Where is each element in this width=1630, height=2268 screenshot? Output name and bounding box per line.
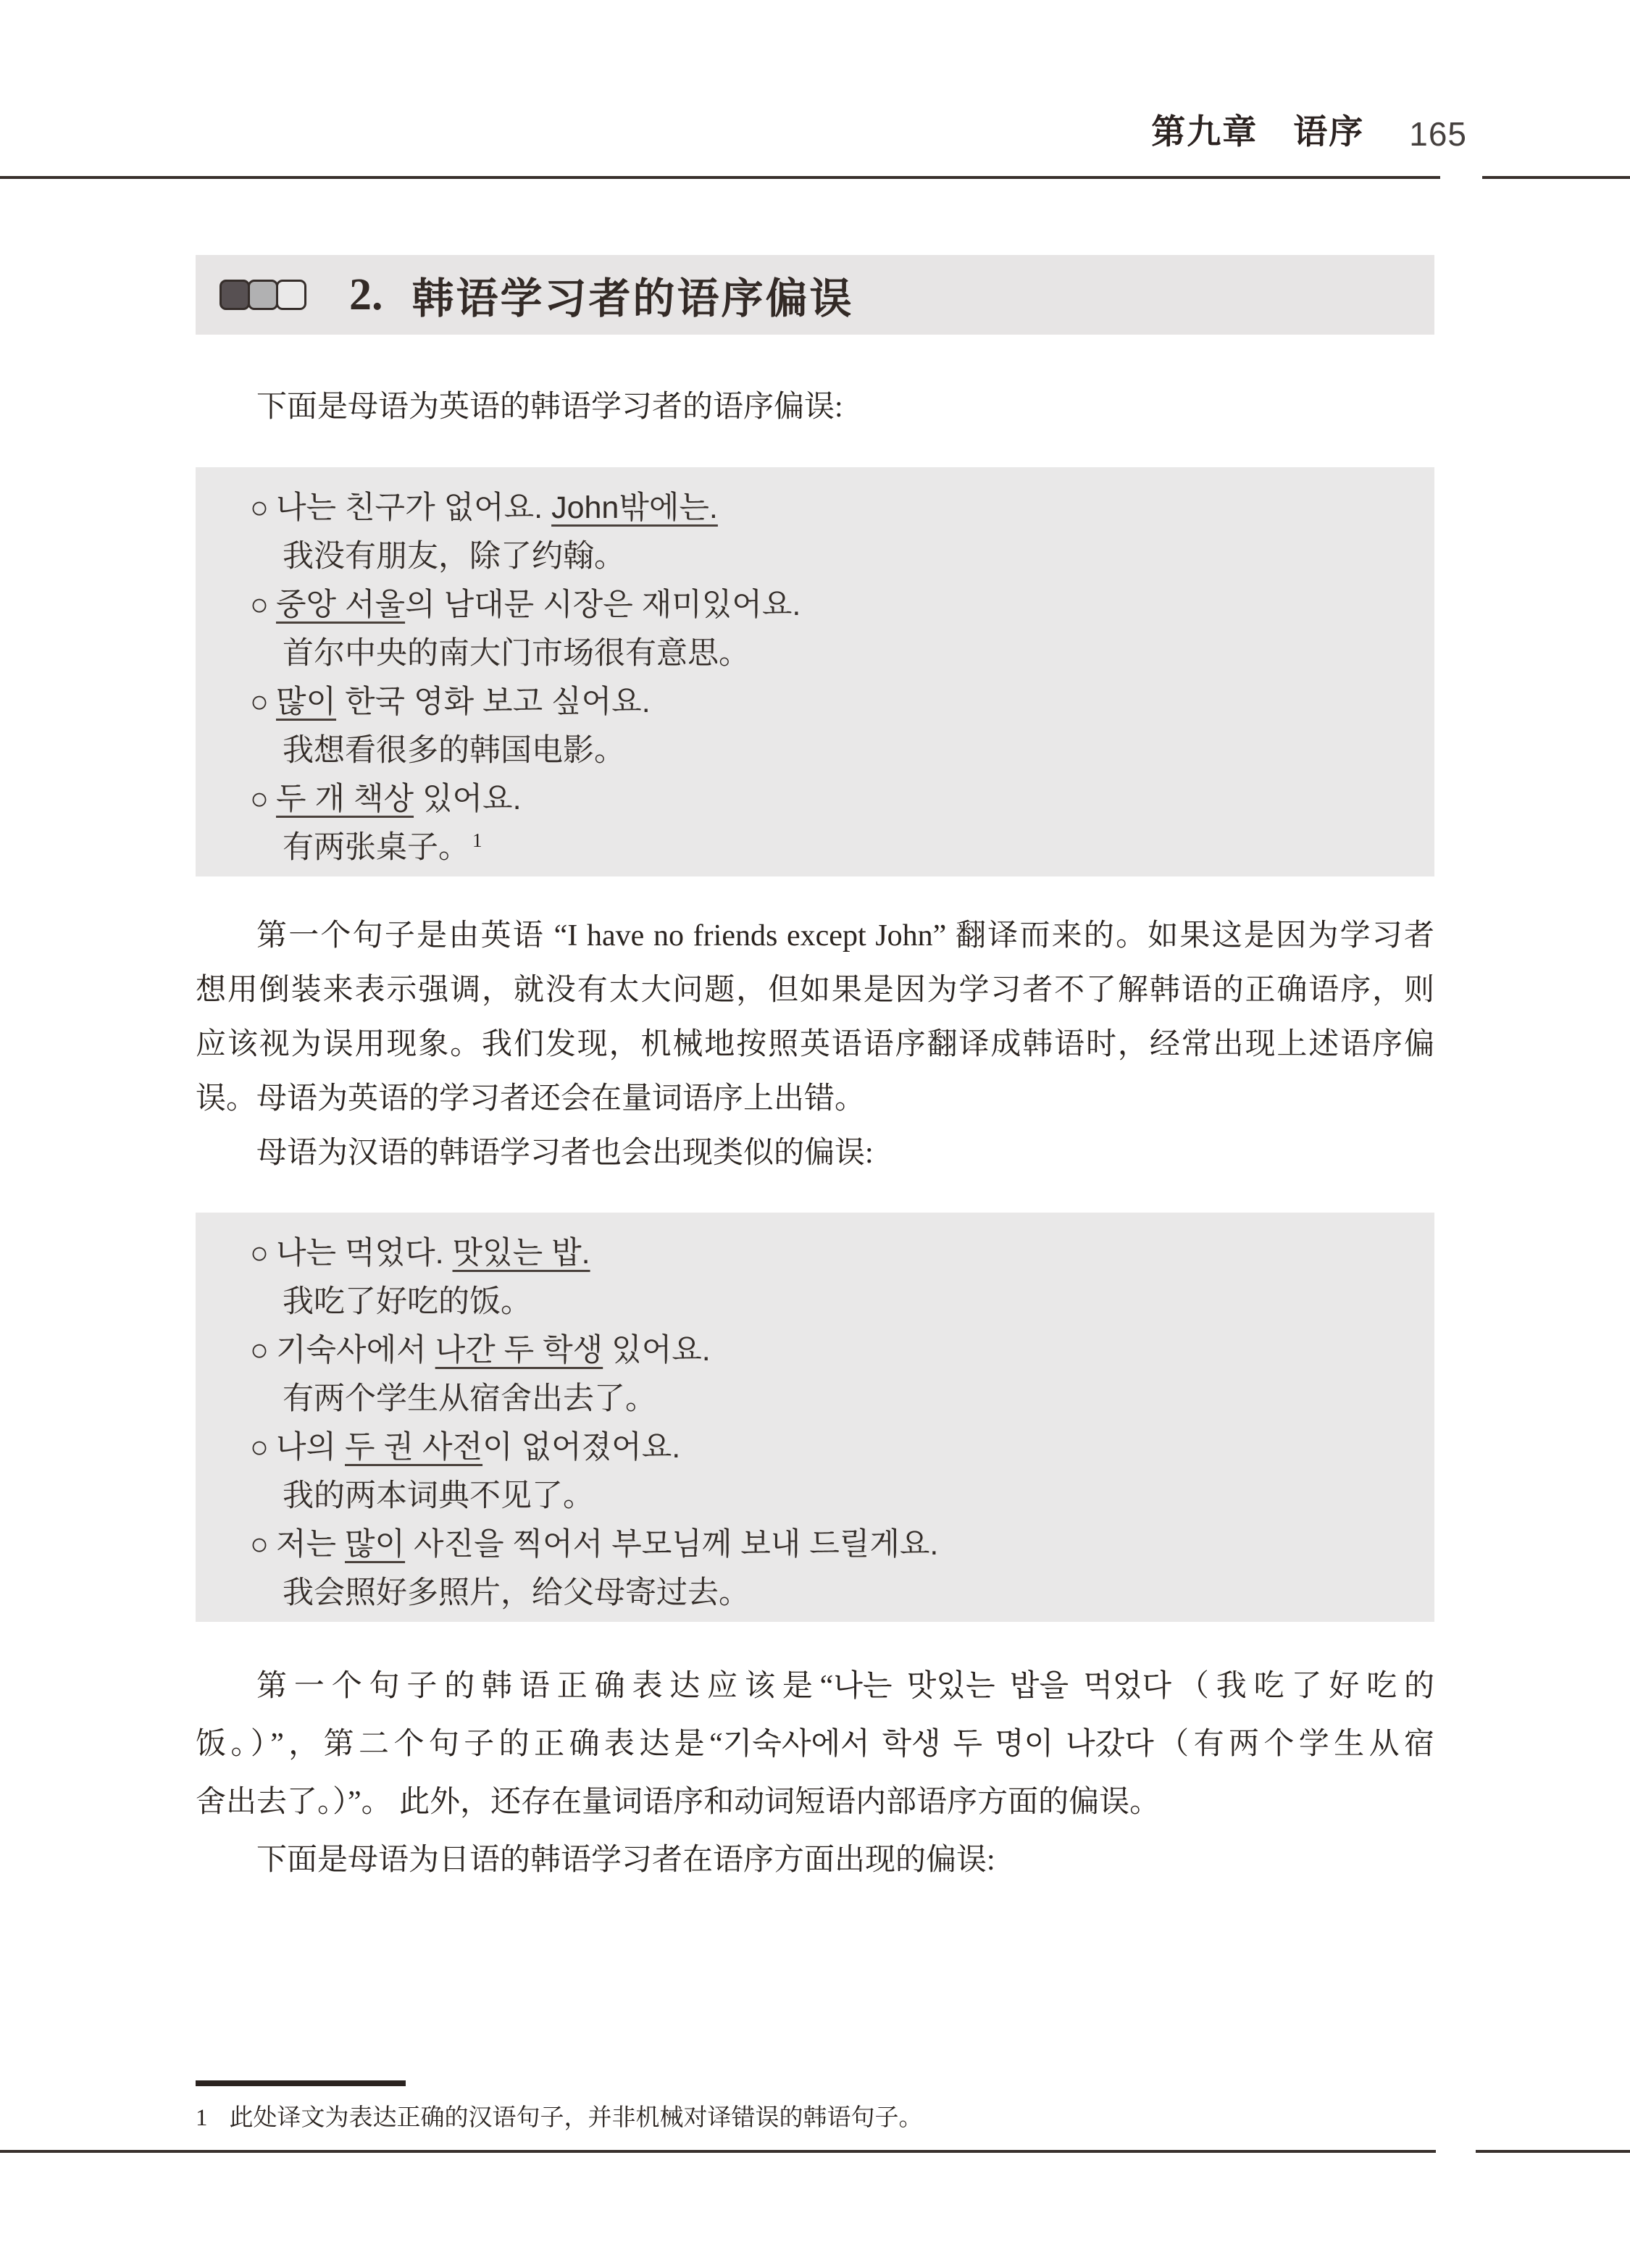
korean-segment: 나는 친구가 없어요. [276, 490, 551, 525]
circle-bullet-icon: ○ [250, 587, 269, 622]
circle-bullet-icon: ○ [250, 1430, 269, 1465]
example-chinese-line: 有两张桌子。1 [283, 824, 1405, 872]
paragraph-line: 第一个句子的韩语正确表达应该是“나는 맛있는 밥을 먹었다（我吃了好吃的 [196, 1657, 1434, 1715]
example-chinese-line: 首尔中央的南大门市场很有意思。 [283, 629, 1405, 678]
error-underlined-segment: 나간 두 학생 [435, 1333, 603, 1368]
error-underlined-segment: 두 개 책상 [276, 782, 414, 816]
circle-bullet-icon: ○ [250, 685, 269, 719]
korean-segment: 한국 영화 보고 싶어요. [336, 685, 651, 719]
circle-bullet-icon: ○ [250, 1236, 269, 1271]
footer-rule-left [0, 2150, 1436, 2153]
footer-rule-right [1476, 2150, 1630, 2153]
error-underlined-segment: 많이 [276, 685, 336, 719]
paragraph-line: 舍出去了。）”。 此外，还存在量词语序和动词短语内部语序方面的偏误。 [196, 1773, 1434, 1831]
section-number: 2. [349, 269, 383, 321]
example-box-chinese-learners: ○나는 먹었다. 맛있는 밥.我吃了好吃的饭。○기숙사에서 나간 두 학생 있어… [196, 1213, 1434, 1622]
korean-segment: 사진을 찍어서 부모님께 보내 드릴게요. [405, 1527, 938, 1562]
paragraph-line: 误。母语为英语的学习者还会在量词语序上出错。 [196, 1072, 1434, 1126]
example-korean-line: ○기숙사에서 나간 두 학생 있어요. [250, 1326, 1405, 1375]
analysis-paragraph: 第一个句子是由英语 “I have no friends except John… [196, 909, 1434, 1126]
korean-segment: 기숙사에서 [276, 1333, 435, 1368]
error-underlined-segment: 두 권 사전 [345, 1430, 482, 1465]
korean-segment: 의 남대문 시장은 재미있어요. [405, 587, 801, 622]
circle-bullet-icon: ○ [250, 490, 269, 525]
square-medium-icon [248, 280, 278, 310]
example-korean-line: ○나는 친구가 없어요. John밖에는. [250, 484, 1405, 532]
circle-bullet-icon: ○ [250, 1333, 269, 1368]
square-dark-icon [220, 280, 250, 310]
example-chinese-line: 我吃了好吃的饭。 [283, 1278, 1405, 1326]
example-korean-line: ○중앙 서울의 남대문 시장은 재미있어요. [250, 581, 1405, 629]
section-title: 韩语学习者的语序偏误 [412, 264, 854, 325]
intro-japanese-learners: 下面是母语为日语的韩语学习者在语序方面出现的偏误: [196, 1831, 1434, 1889]
example-box-english-learners: ○나는 친구가 없어요. John밖에는.我没有朋友，除了约翰。○중앙 서울의 … [196, 467, 1434, 876]
example-korean-line: ○두 개 책상 있어요. [250, 775, 1405, 824]
footnote: 1 此处译文为表达正确的汉语句子，并非机械对译错误的韩语句子。 [196, 2099, 1434, 2137]
book-page: 第九章 语序 165 2. 韩语学习者的语序偏误 下面是母语为英语的韩语学习者的… [0, 0, 1630, 2268]
footnote-separator [196, 2080, 406, 2086]
paragraph-line: 想用倒装来表示强调，就没有太大问题，但如果是因为学习者不了解韩语的正确语序，则 [196, 963, 1434, 1018]
example-chinese-line: 我的两本词典不见了。 [283, 1472, 1405, 1520]
korean-segment: 저는 [276, 1527, 345, 1562]
circle-bullet-icon: ○ [250, 1527, 269, 1562]
korean-segment: 나의 [276, 1430, 345, 1465]
example-korean-line: ○많이 한국 영화 보고 싶어요. [250, 678, 1405, 727]
example-korean-line: ○나는 먹었다. 맛있는 밥. [250, 1229, 1405, 1278]
error-underlined-segment: 중앙 서울 [276, 587, 405, 622]
korean-segment: 나는 먹었다. [276, 1236, 453, 1271]
example-chinese-line: 我会照好多照片，给父母寄过去。 [283, 1569, 1405, 1618]
example-chinese-line: 有两个学生从宿舍出去了。 [283, 1375, 1405, 1423]
korean-segment: 이 없어졌어요. [482, 1430, 680, 1465]
example-korean-line: ○나의 두 권 사전이 없어졌어요. [250, 1423, 1405, 1472]
square-light-icon [276, 280, 306, 310]
example-chinese-line: 我没有朋友，除了约翰。 [283, 532, 1405, 581]
footnote-number: 1 [196, 2099, 208, 2137]
paragraph-line: 应该视为误用现象。我们发现，机械地按照英语语序翻译成韩语时，经常出现上述语序偏 [196, 1018, 1434, 1072]
footnote-reference: 1 [472, 829, 482, 851]
example-korean-line: ○저는 많이 사진을 찍어서 부모님께 보내 드릴게요. [250, 1520, 1405, 1569]
circle-bullet-icon: ○ [250, 782, 269, 816]
intro-chinese-learners: 母语为汉语的韩语学习者也会出现类似的偏误: [196, 1126, 1434, 1181]
korean-segment: 있어요. [603, 1333, 711, 1368]
error-underlined-segment: John밖에는. [551, 490, 718, 525]
paragraph-line: 第一个句子是由英语 “I have no friends except John… [196, 909, 1434, 963]
footnote-text: 此处译文为表达正确的汉语句子，并非机械对译错误的韩语句子。 [230, 2099, 923, 2137]
example-chinese-line: 我想看很多的韩国电影。 [283, 727, 1405, 775]
page-content: 2. 韩语学习者的语序偏误 下面是母语为英语的韩语学习者的语序偏误: ○나는 친… [196, 0, 1434, 2268]
section-squares-icon [220, 280, 304, 310]
korean-segment: 있어요. [414, 782, 522, 816]
paragraph-line: 饭。）”，第二个句子的正确表达是“기숙사에서 학생 두 명이 나갔다（有两个学生… [196, 1715, 1434, 1773]
section-heading-bar: 2. 韩语学习者的语序偏误 [196, 255, 1434, 335]
header-rule-right [1482, 176, 1630, 179]
error-underlined-segment: 맛있는 밥. [453, 1236, 590, 1271]
correction-paragraph: 第一个句子的韩语正确表达应该是“나는 맛있는 밥을 먹었다（我吃了好吃的饭。）”… [196, 1657, 1434, 1831]
error-underlined-segment: 많이 [345, 1527, 405, 1562]
intro-english-learners: 下面是母语为英语的韩语学习者的语序偏误: [196, 385, 1434, 429]
